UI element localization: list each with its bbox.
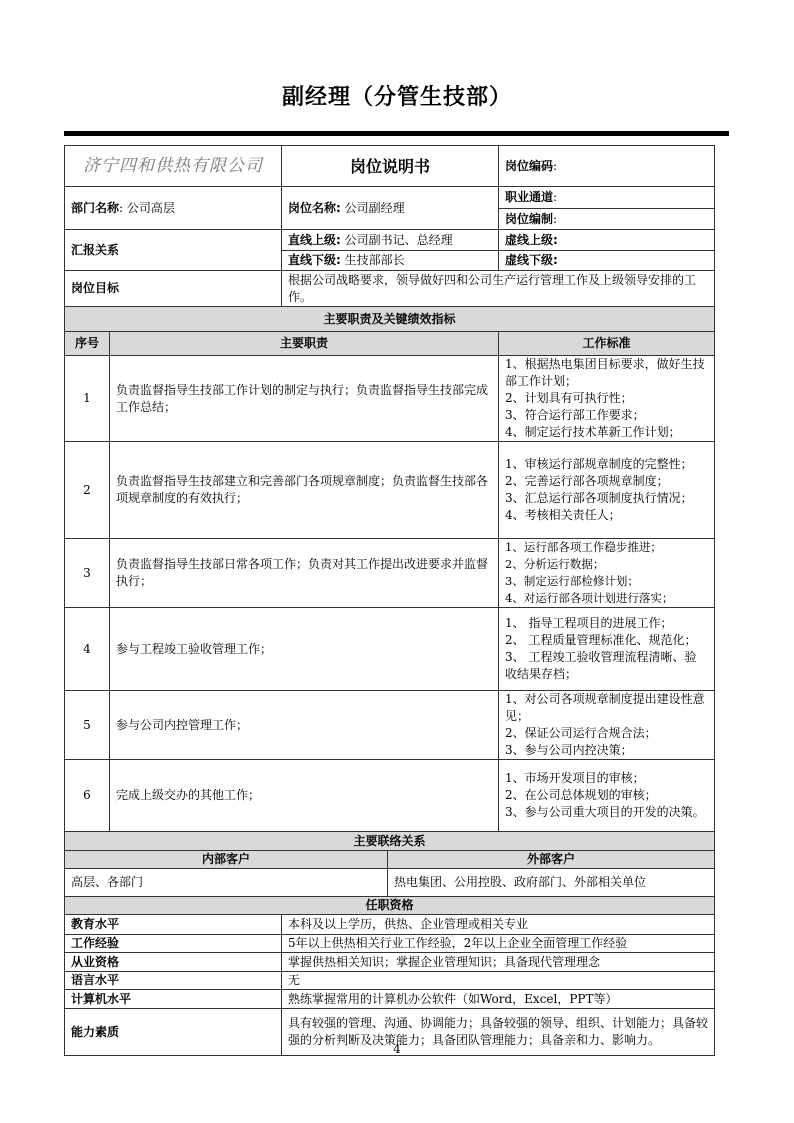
duty-row: 2 负责监督指导生技部建立和完善部门各项规章制度；负责监督生技部各项规章制度的有…: [65, 442, 715, 539]
col-header-no: 序号: [65, 332, 110, 356]
internal-customers-value: 高层、各部门: [65, 869, 388, 897]
duty-no: 6: [65, 760, 110, 832]
duty-standards: 1、审核运行部规章制度的完整性；2、完善运行部各项规章制度；3、汇总运行部各项制…: [499, 442, 715, 539]
qualification-row: 教育水平 本科及以上学历，供热、企业管理或相关专业: [65, 915, 715, 935]
duty-text: 完成上级交办的其他工作；: [110, 760, 499, 832]
duty-no: 3: [65, 539, 110, 608]
duty-standards: 1、根据热电集团目标要求，做好生技部工作计划；2、计划具有可执行性；3、符合运行…: [499, 356, 715, 442]
headcount: 岗位编制:: [499, 209, 715, 230]
duty-text: 负责监督指导生技部日常各项工作；负责对其工作提出改进要求并监督执行；: [110, 539, 499, 608]
qualification-row: 语言水平 无: [65, 972, 715, 990]
career-channel: 职业通道:: [499, 187, 715, 209]
contacts-section-title: 主要联络关系: [65, 832, 715, 851]
duty-text: 负责监督指导生技部工作计划的制定与执行；负责监督指导生技部完成工作总结；: [110, 356, 499, 442]
job-description-table: 济宁四和供热有限公司 岗位说明书 岗位编码: 部门名称: 公司高层 岗位名称: …: [64, 145, 715, 1056]
duty-standards: 1、对公司各项规章制度提出建设性意见；2、保证公司运行合规合法；3、参与公司内控…: [499, 691, 715, 760]
objective-label: 岗位目标: [65, 271, 282, 307]
department-name: 部门名称: 公司高层: [65, 187, 282, 230]
duty-row: 1 负责监督指导生技部工作计划的制定与执行；负责监督指导生技部完成工作总结； 1…: [65, 356, 715, 442]
col-header-standard: 工作标准: [499, 332, 715, 356]
dotted-superior: 虚线上级:: [499, 230, 715, 251]
qualification-label: 计算机水平: [65, 990, 282, 1009]
qualification-value: 无: [282, 972, 715, 990]
title-divider: [64, 131, 729, 136]
internal-customers-header: 内部客户: [65, 851, 388, 869]
duty-no: 2: [65, 442, 110, 539]
qualification-row: 从业资格 掌握供热相关知识；掌握企业管理知识；具备现代管理理念: [65, 953, 715, 972]
duty-row: 5 参与公司内控管理工作； 1、对公司各项规章制度提出建设性意见；2、保证公司运…: [65, 691, 715, 760]
page-number: 4: [0, 1042, 794, 1056]
duty-row: 3 负责监督指导生技部日常各项工作；负责对其工作提出改进要求并监督执行； 1、运…: [65, 539, 715, 608]
qualification-value: 本科及以上学历，供热、企业管理或相关专业: [282, 915, 715, 935]
position-code: 岗位编码:: [499, 146, 715, 187]
dotted-subordinate: 虚线下级:: [499, 251, 715, 271]
qualification-value: 熟练掌握常用的计算机办公软件（如Word，Excel，PPT等）: [282, 990, 715, 1009]
duty-no: 1: [65, 356, 110, 442]
qualification-value: 5年以上供热相关行业工作经验，2年以上企业全面管理工作经验: [282, 935, 715, 953]
objective-value: 根据公司战略要求，领导做好四和公司生产运行管理工作及上级领导安排的工作。: [282, 271, 715, 307]
duty-standards: 1、市场开发项目的审核；2、在公司总体规划的审核；3、参与公司重大项目的开发的决…: [499, 760, 715, 832]
duty-text: 参与公司内控管理工作；: [110, 691, 499, 760]
duty-no: 5: [65, 691, 110, 760]
qualification-label: 从业资格: [65, 953, 282, 972]
reporting-label: 汇报关系: [65, 230, 282, 271]
document-title: 副经理（分管生技部）: [0, 80, 794, 111]
duty-no: 4: [65, 608, 110, 691]
qualification-row: 工作经验 5年以上供热相关行业工作经验，2年以上企业全面管理工作经验: [65, 935, 715, 953]
qualification-label: 工作经验: [65, 935, 282, 953]
qualification-value: 掌握供热相关知识；掌握企业管理知识；具备现代管理理念: [282, 953, 715, 972]
duty-row: 4 参与工程竣工验收管理工作； 1、 指导工程项目的进展工作；2、 工程质量管理…: [65, 608, 715, 691]
duty-standards: 1、 指导工程项目的进展工作；2、 工程质量管理标准化、规范化；3、 工程竣工验…: [499, 608, 715, 691]
duty-text: 负责监督指导生技部建立和完善部门各项规章制度；负责监督生技部各项规章制度的有效执…: [110, 442, 499, 539]
duty-row: 6 完成上级交办的其他工作； 1、市场开发项目的审核；2、在公司总体规划的审核；…: [65, 760, 715, 832]
qualification-row: 计算机水平 熟练掌握常用的计算机办公软件（如Word，Excel，PPT等）: [65, 990, 715, 1009]
duty-standards: 1、运行部各项工作稳步推进；2、分析运行数据；3、制定运行部检修计划；4、对运行…: [499, 539, 715, 608]
duties-section-title: 主要职责及关键绩效指标: [65, 307, 715, 332]
company-name: 济宁四和供热有限公司: [65, 146, 282, 187]
qualifications-section-title: 任职资格: [65, 897, 715, 915]
qualification-label: 语言水平: [65, 972, 282, 990]
direct-superior: 直线上级: 公司副书记、总经理: [282, 230, 499, 251]
position-name: 岗位名称: 公司副经理: [282, 187, 499, 230]
qualification-label: 教育水平: [65, 915, 282, 935]
direct-subordinate: 直线下级: 生技部部长: [282, 251, 499, 271]
col-header-duty: 主要职责: [110, 332, 499, 356]
external-customers-value: 热电集团、公用控股、政府部门、外部相关单位: [388, 869, 715, 897]
doc-name: 岗位说明书: [282, 146, 499, 187]
duty-text: 参与工程竣工验收管理工作；: [110, 608, 499, 691]
external-customers-header: 外部客户: [388, 851, 715, 869]
